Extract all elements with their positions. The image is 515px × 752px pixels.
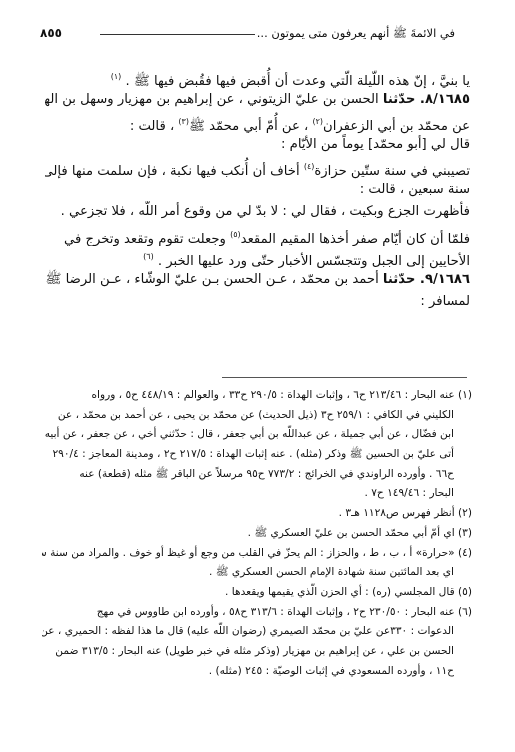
hadith-line: ٩/١٦٨٦. حدّثنا أحمد بن محمّد ، عـن الحسن…: [45, 269, 470, 292]
line-text: الحسن بن عليّ الزيتوني ، عن إبراهيم بن م…: [45, 92, 383, 107]
text-line: لمسافر :: [45, 291, 470, 314]
line-text: وجعلت تقوم وتقعد وتخرج في: [64, 232, 230, 247]
hadith-number: ٩/١٦٨٦.: [420, 272, 470, 287]
footnote-ref[interactable]: (٢): [312, 117, 323, 126]
hadith-lead: حدّثنا: [383, 92, 420, 107]
footnote-separator: [222, 377, 467, 378]
footnote-ref[interactable]: (٦): [143, 252, 154, 261]
hadith-lead: حدّثنا: [383, 272, 420, 287]
footnote-line: (٦) عنه البحار : ٢٣٠/٥٠ ح٢ ، وإثبات الهد…: [42, 603, 472, 623]
footnote-line: اي بعد المائتين سنة شهادة الإمام الحسن ا…: [42, 563, 472, 583]
text-line: سنة سبعين ، قالت :: [45, 179, 470, 202]
footnote-line: البحار : ١٤٩/٤٦ ح٧ .: [42, 484, 472, 504]
footnote-line: الحسن بن علي ، عن إبراهيم بن مهزيار (وذك…: [42, 642, 472, 662]
page-header: في الائمةَ ﷺ أنهم يعرفون متى يموتون ... …: [40, 24, 455, 44]
line-text: سنة سبعين ، قالت :: [360, 182, 470, 197]
text-line: الأحايين إلى الجبل وتتجسّس الأخبار حتّى …: [45, 246, 470, 269]
line-text: تصيبني في سنة ستّين حزازة: [314, 164, 470, 179]
footnote-ref[interactable]: (١): [111, 72, 122, 81]
footnote-line: (٣) اي أمّ أبي محمّد الحسن بن عليّ العسك…: [42, 524, 472, 544]
page-number: ٨٥٥: [40, 24, 62, 42]
header-rule: [100, 34, 255, 35]
text-line: فلمّا أن كان أيّام صفر أخذها المقيم المق…: [45, 224, 470, 247]
footnote-ref[interactable]: (٤): [304, 162, 315, 171]
document-page: في الائمةَ ﷺ أنهم يعرفون متى يموتون ... …: [0, 0, 515, 752]
footnote-1: (١) عنه البحار : ٢١٣/٤٦ ح٦ ، وإثبات الهد…: [42, 386, 472, 504]
footnote-2: (٢) أنظر فهرس ص١١٢٨ هـ٣ .: [42, 504, 472, 524]
line-text: فأظهرت الجزع وبكيت ، فقال لي : لا بدّ لي…: [61, 204, 470, 219]
footnote-4: (٤) «حرارة» أ ، ب ، ط ، والحزاز : الم يح…: [42, 544, 472, 583]
text-line: يا بنيَّ ، إنّ هذه اللّيلة الّتي وعدت أن…: [45, 66, 470, 89]
footnote-line: ح٦٦ . وأورده الراوندي في الخرائج : ٧٧٣/٢…: [42, 465, 472, 485]
footnote-line: (٤) «حرارة» أ ، ب ، ط ، والحزاز : الم يح…: [42, 544, 472, 564]
text-line: فأظهرت الجزع وبكيت ، فقال لي : لا بدّ لي…: [45, 201, 470, 224]
footnote-5: (٥) قال المجلسي (ره) : أي الحزن الّذي يق…: [42, 583, 472, 603]
line-text: عن محمّد بن أبي الزعفران: [323, 119, 470, 134]
main-text: يا بنيَّ ، إنّ هذه اللّيلة الّتي وعدت أن…: [45, 66, 470, 314]
footnote-line: (٢) أنظر فهرس ص١١٢٨ هـ٣ .: [42, 504, 472, 524]
footnote-ref[interactable]: (٣): [178, 117, 189, 126]
footnote-3: (٣) اي أمّ أبي محمّد الحسن بن عليّ العسك…: [42, 524, 472, 544]
line-text: يا بنيَّ ، إنّ هذه اللّيلة الّتي وعدت أن…: [121, 74, 470, 89]
footnote-ref[interactable]: (٥): [230, 230, 241, 239]
hadith-line: ٨/١٦٨٥. حدّثنا الحسن بن عليّ الزيتوني ، …: [45, 89, 470, 112]
footnote-line: الدعوات : ٣٣٠عن عليّ بن محمّد الصيمري (ر…: [42, 622, 472, 642]
line-text: فلمّا أن كان أيّام صفر أخذها المقيم المق…: [241, 232, 470, 247]
line-text: أحمد بن محمّد ، عـن الحسن بـن عليّ الوشّ…: [45, 272, 383, 287]
running-title: في الائمةَ ﷺ أنهم يعرفون متى يموتون ...: [257, 24, 455, 42]
footnote-line: أتى عليّ بن الحسين ﷺ وذكر (مثله) . عنه إ…: [42, 445, 472, 465]
hadith-number: ٨/١٦٨٥.: [420, 92, 470, 107]
line-text: أخاف أن أُنكب فيها نكبة ، فإن سلمت منها …: [45, 164, 304, 179]
footnote-line: الكليني في الكافي : ٢٥٩/١ ح٣ (ذيل الحديث…: [42, 406, 472, 426]
line-text: الأحايين إلى الجبل وتتجسّس الأخبار حتّى …: [154, 254, 470, 269]
text-line: عن محمّد بن أبي الزعفران(٢) ، عن أُمّ أب…: [45, 111, 470, 134]
line-text: لمسافر :: [420, 294, 470, 309]
line-text: قال لي [أبو محمّد] يوماً من الأيّام :: [281, 137, 470, 152]
line-text: ، عن أُمّ أبي محمّد ﷺ: [189, 119, 313, 134]
footnotes: (١) عنه البحار : ٢١٣/٤٦ ح٦ ، وإثبات الهد…: [42, 386, 472, 681]
text-line: قال لي [أبو محمّد] يوماً من الأيّام :: [45, 134, 470, 157]
line-text: ، قالت :: [130, 119, 179, 134]
footnote-6: (٦) عنه البحار : ٢٣٠/٥٠ ح٢ ، وإثبات الهد…: [42, 603, 472, 682]
footnote-line: ح١١ ، وأورده المسعودي في إثبات الوصيّة :…: [42, 662, 472, 682]
footnote-line: (٥) قال المجلسي (ره) : أي الحزن الّذي يق…: [42, 583, 472, 603]
footnote-line: ابن فضّال ، عن أبي جميلة ، عن عبداللّه ب…: [42, 425, 472, 445]
text-line: تصيبني في سنة ستّين حزازة(٤) أخاف أن أُن…: [45, 156, 470, 179]
footnote-line: (١) عنه البحار : ٢١٣/٤٦ ح٦ ، وإثبات الهد…: [42, 386, 472, 406]
